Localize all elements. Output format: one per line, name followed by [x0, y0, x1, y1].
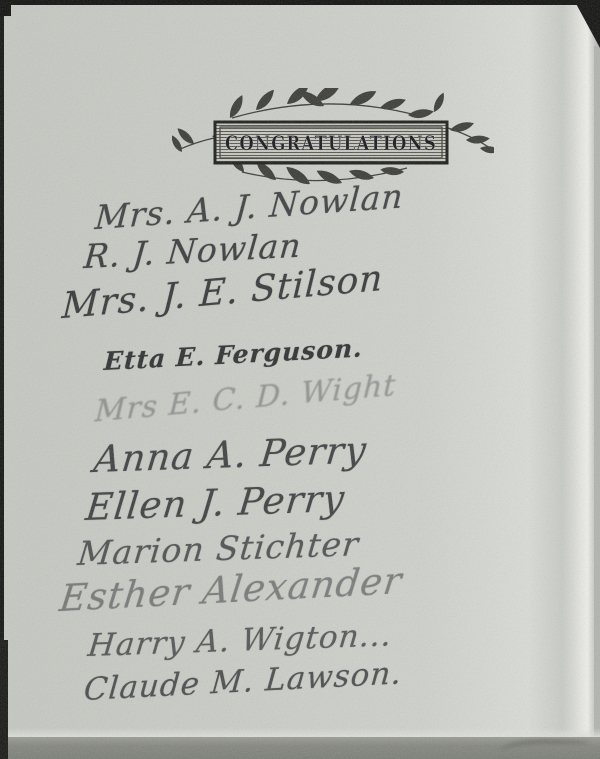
- scan-edge-top: [0, 0, 600, 5]
- page-edge-highlight: [562, 0, 596, 759]
- signature-line-10: Harry A. Wigton...: [86, 617, 394, 664]
- scan-edge-left-bottom: [0, 640, 8, 759]
- congratulations-banner: CONGRATULATIONS: [172, 88, 494, 193]
- signature-line-11: Claude M. Lawson.: [82, 655, 403, 708]
- signature-line-5: Mrs E. C. D. Wight: [94, 367, 397, 429]
- scanned-page: CONGRATULATIONS Mrs. A. J. Nowlan R. J. …: [0, 0, 600, 759]
- signature-line-7: Ellen J. Perry: [84, 477, 347, 529]
- signature-line-4: Etta E. Ferguson.: [103, 333, 363, 376]
- signature-line-6: Anna A. Perry: [92, 428, 369, 481]
- scan-corner-top-left: [0, 0, 11, 16]
- scan-corner-top-right: [574, 0, 600, 48]
- banner-text: CONGRATULATIONS: [225, 131, 437, 155]
- scan-edge-right: [594, 46, 600, 759]
- shadow-mark: [500, 740, 590, 755]
- banner-box: CONGRATULATIONS: [215, 122, 447, 163]
